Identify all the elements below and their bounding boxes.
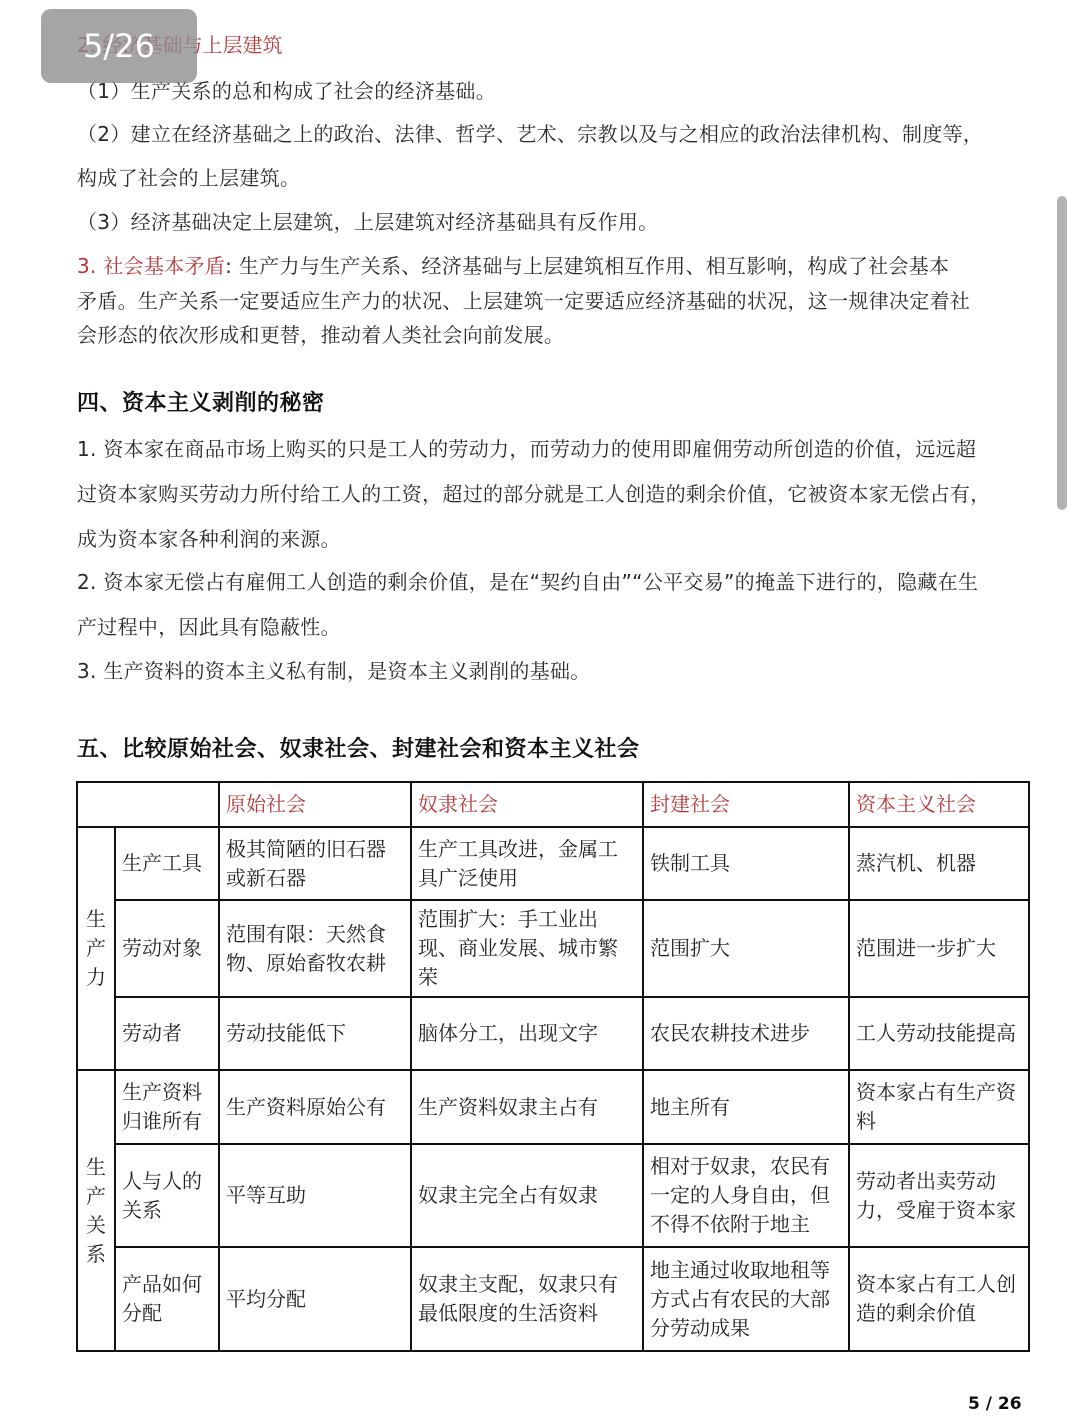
page-indicator-badge: 5/26 [41,9,197,83]
table-cell: 资本家占有生产资料 [849,1070,1029,1144]
table-cell: 劳动者出卖劳动力，受雇于资本家 [849,1144,1029,1247]
vertical-scrollbar-thumb[interactable] [1057,196,1067,510]
table-cell: 资本家占有工人创造的剩余价值 [849,1247,1029,1351]
header-primitive-society: 原始社会 [219,782,411,827]
aspect-cell: 劳动者 [115,997,219,1070]
section-four-line-2: 过资本家购买劳动力所付给工人的工资，超过的部分就是工人创造的剩余价值，它被资本家… [77,472,1037,516]
table-cell: 农民农耕技术进步 [643,997,849,1070]
section-five-title: 五、比较原始社会、奴隶社会、封建社会和资本主义社会 [77,732,640,763]
table-row: 产品如何分配 平均分配 奴隶主支配，奴隶只有最低限度的生活资料 地主通过收取地租… [77,1247,1029,1351]
group-char: 力 [86,965,106,989]
table-cell: 范围扩大：手工业出现、商业发展、城市繁荣 [411,900,643,997]
group-char: 关 [86,1213,106,1237]
group-label-relations-of-production: 生 产 关 系 [77,1070,115,1351]
paragraph-item-1: （1）生产关系的总和构成了社会的经济基础。 [77,69,1037,113]
table-cell: 生产工具改进，金属工具广泛使用 [411,827,643,900]
table-cell: 奴隶主完全占有奴隶 [411,1144,643,1247]
table-cell: 范围有限：天然食物、原始畜牧农耕 [219,900,411,997]
table-cell: 极其简陋的旧石器或新石器 [219,827,411,900]
table-cell: 生产资料原始公有 [219,1070,411,1144]
table-row: 劳动对象 范围有限：天然食物、原始畜牧农耕 范围扩大：手工业出现、商业发展、城市… [77,900,1029,997]
aspect-cell: 劳动对象 [115,900,219,997]
aspect-cell: 生产工具 [115,827,219,900]
section-four-line-5: 产过程中，因此具有隐蔽性。 [77,605,1037,649]
group-char: 产 [86,936,106,960]
point-label-basic-contradiction: 3. 社会基本矛盾 [77,254,225,278]
table-cell: 脑体分工，出现文字 [411,997,643,1070]
table-cell: 奴隶主支配，奴隶只有最低限度的生活资料 [411,1247,643,1351]
point-text-line1: 生产力与生产关系、经济基础与上层建筑相互作用、相互影响，构成了社会基本 [239,254,950,278]
table-cell: 生产资料奴隶主占有 [411,1070,643,1144]
section-four-line-6: 3. 生产资料的资本主义私有制，是资本主义剥削的基础。 [77,649,1037,693]
section-four-line-3: 成为资本家各种利润的来源。 [77,517,1037,561]
table-cell: 范围扩大 [643,900,849,997]
header-capitalist-society: 资本主义社会 [849,782,1029,827]
footer-page-number: 5 / 26 [968,1394,1022,1414]
table-cell: 平等互助 [219,1144,411,1247]
group-char: 系 [86,1242,106,1266]
header-slave-society: 奴隶社会 [411,782,643,827]
group-label-productive-forces: 生 产 力 [77,827,115,1070]
table-row: 人与人的关系 平等互助 奴隶主完全占有奴隶 相对于奴隶，农民有一定的人身自由，但… [77,1144,1029,1247]
aspect-cell: 生产资料归谁所有 [115,1070,219,1144]
table-cell: 工人劳动技能提高 [849,997,1029,1070]
table-row: 生 产 力 生产工具 极其简陋的旧石器或新石器 生产工具改进，金属工具广泛使用 … [77,827,1029,900]
aspect-cell: 人与人的关系 [115,1144,219,1247]
section-four-title: 四、资本主义剥削的秘密 [77,386,325,417]
header-empty-cell [77,782,219,827]
paragraph-basic-contradiction-line3: 会形态的依次形成和更替，推动着人类社会向前发展。 [77,313,1037,357]
table-cell: 地主通过收取地租等方式占有农民的大部分劳动成果 [643,1247,849,1351]
comparison-table: 原始社会 奴隶社会 封建社会 资本主义社会 生 产 力 生产工具 极其简陋的旧石… [76,781,1030,1352]
paragraph-item-2a: （2）建立在经济基础之上的政治、法律、哲学、艺术、宗教以及与之相应的政治法律机构… [77,112,1037,156]
section-four-line-1: 1. 资本家在商品市场上购买的只是工人的劳动力，而劳动力的使用即雇佣劳动所创造的… [77,427,1037,471]
header-feudal-society: 封建社会 [643,782,849,827]
table-cell: 相对于奴隶，农民有一定的人身自由，但不得不依附于地主 [643,1144,849,1247]
table-cell: 铁制工具 [643,827,849,900]
group-char: 生 [86,1155,106,1179]
paragraph-item-3: （3）经济基础决定上层建筑，上层建筑对经济基础具有反作用。 [77,200,1037,244]
table-row: 劳动者 劳动技能低下 脑体分工，出现文字 农民农耕技术进步 工人劳动技能提高 [77,997,1029,1070]
group-char: 产 [86,1184,106,1208]
table-header-row: 原始社会 奴隶社会 封建社会 资本主义社会 [77,782,1029,827]
table-cell: 蒸汽机、机器 [849,827,1029,900]
paragraph-item-2b: 构成了社会的上层建筑。 [77,156,1037,200]
table-cell: 地主所有 [643,1070,849,1144]
table-row: 生 产 关 系 生产资料归谁所有 生产资料原始公有 生产资料奴隶主占有 地主所有… [77,1070,1029,1144]
group-char: 生 [86,907,106,931]
table-cell: 劳动技能低下 [219,997,411,1070]
table-cell: 范围进一步扩大 [849,900,1029,997]
point-colon: : [225,254,239,278]
table-cell: 平均分配 [219,1247,411,1351]
section-four-line-4: 2. 资本家无偿占有雇佣工人创造的剩余价值，是在“契约自由”“公平交易”的掩盖下… [77,560,1037,604]
aspect-cell: 产品如何分配 [115,1247,219,1351]
